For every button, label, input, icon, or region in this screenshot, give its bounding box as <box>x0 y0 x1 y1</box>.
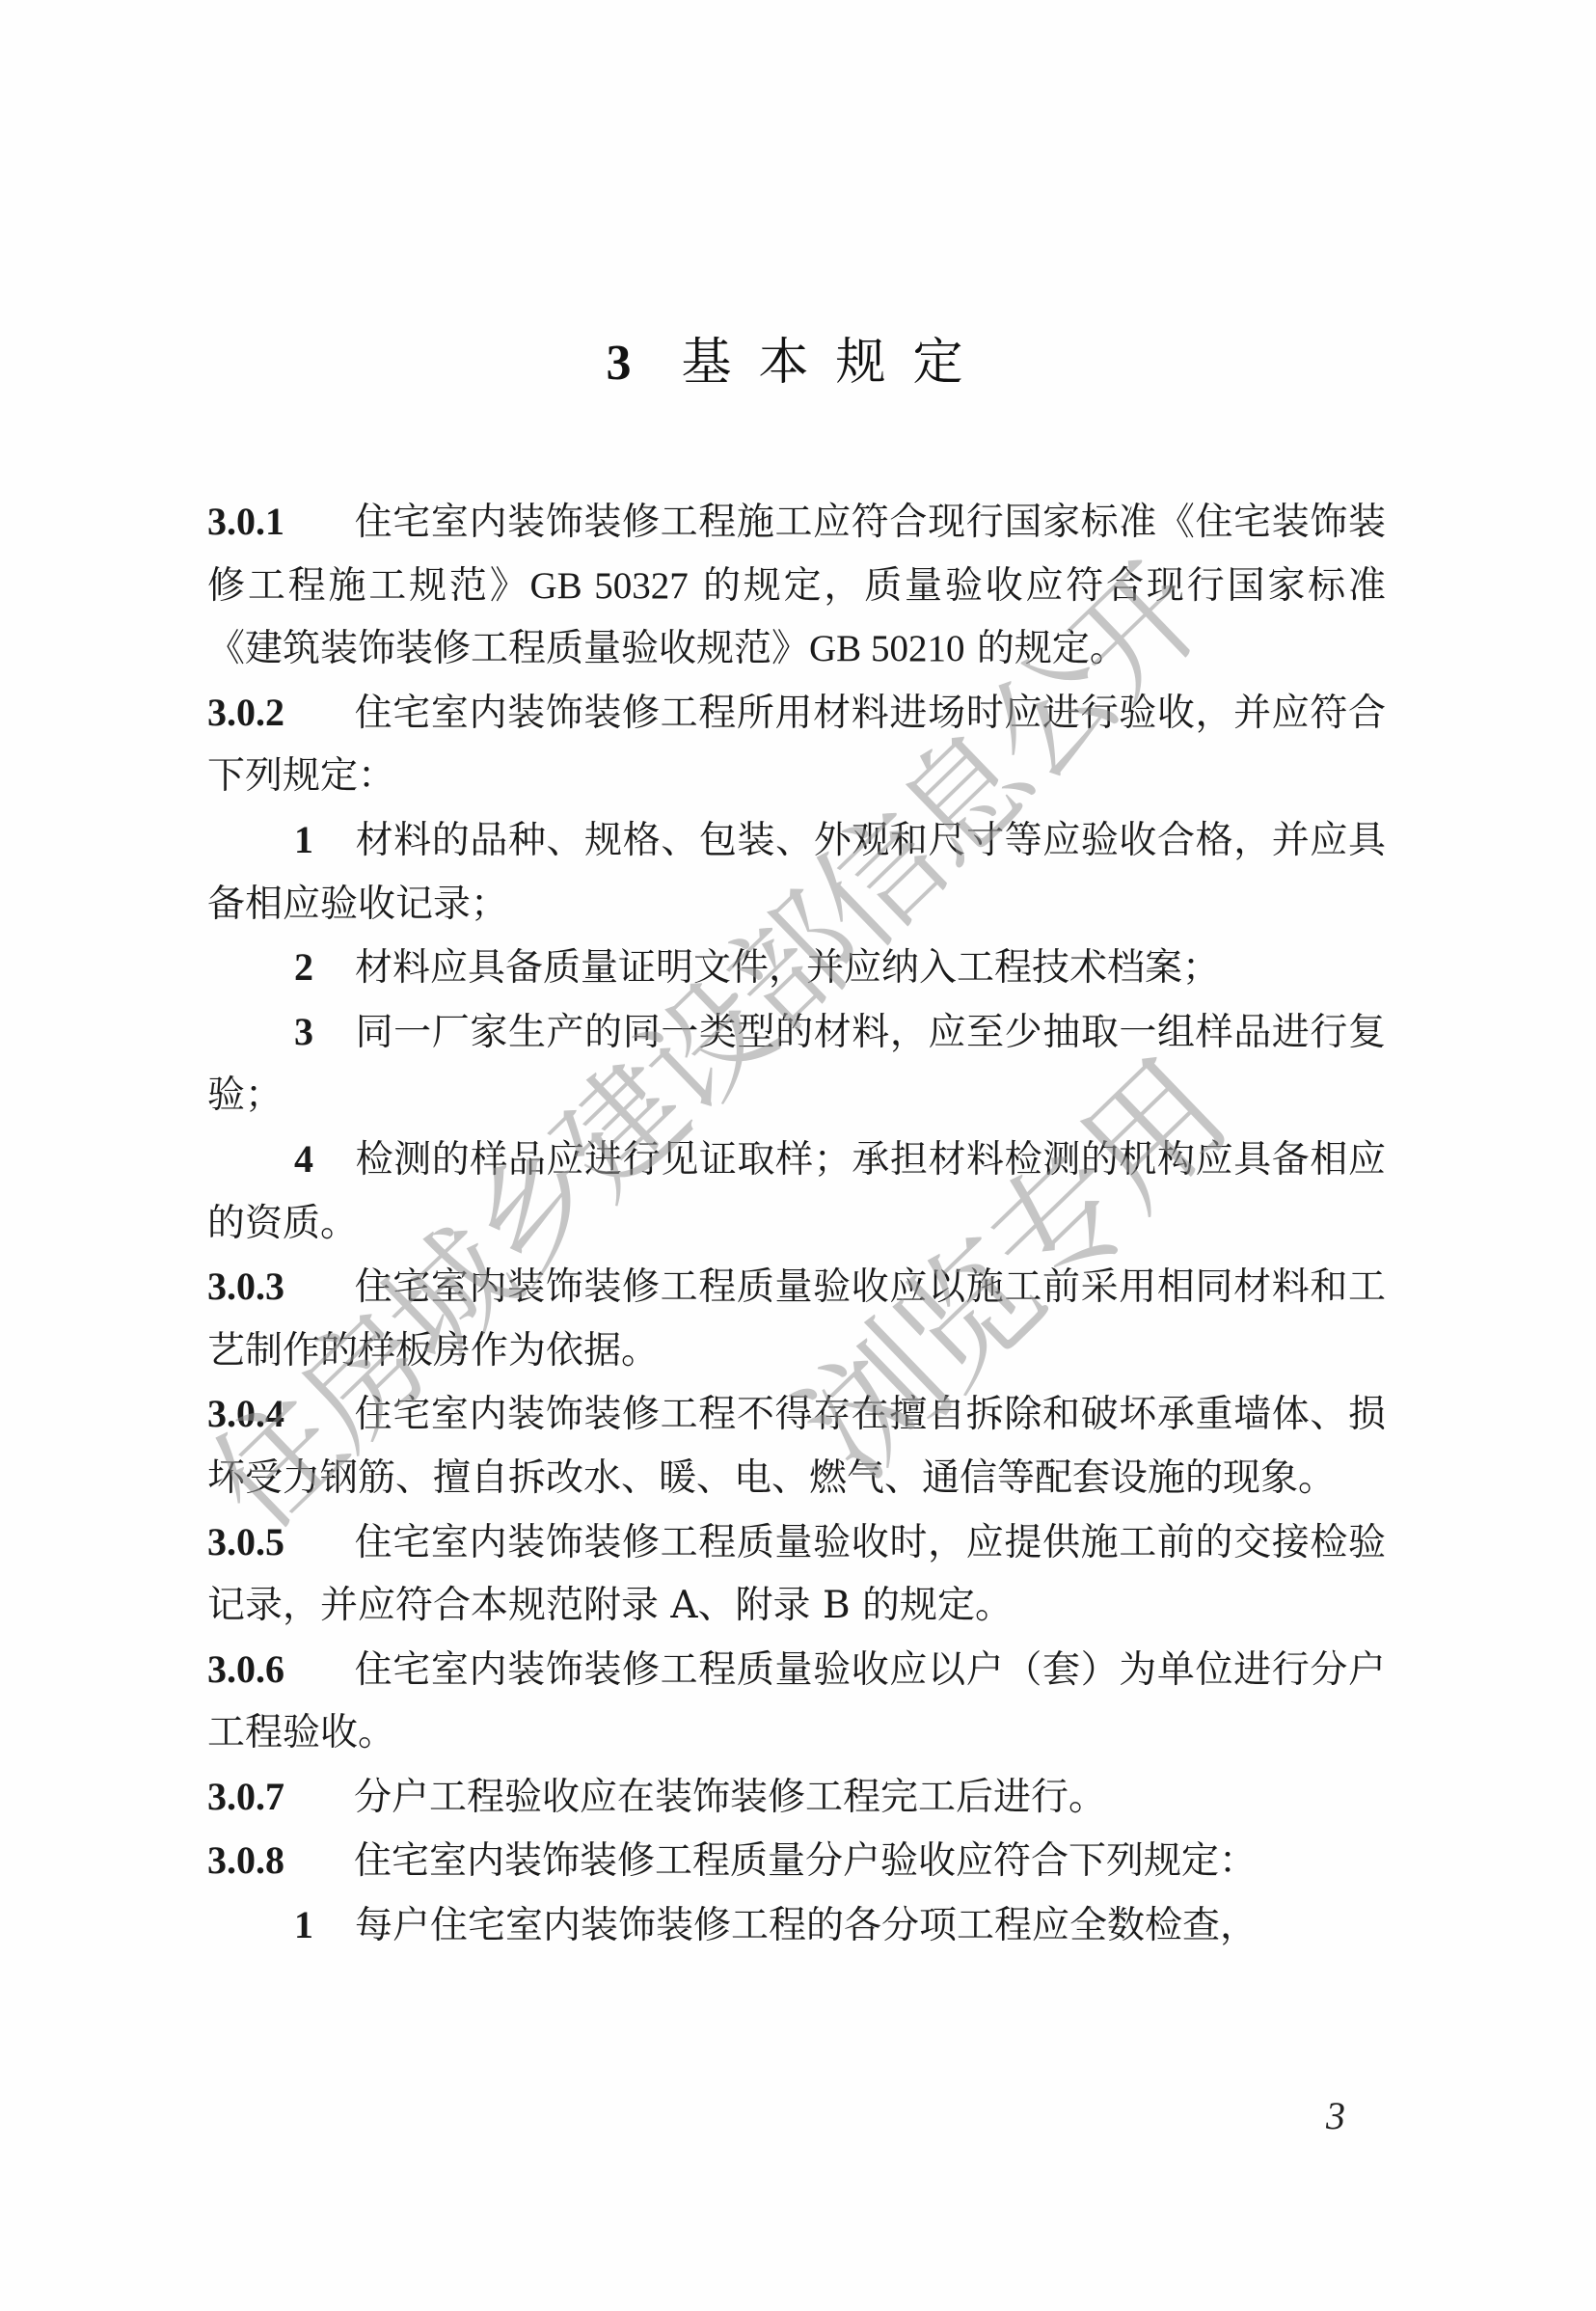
clause-number: 3.0.5 <box>207 1510 354 1574</box>
clause-number: 3.0.6 <box>207 1638 354 1701</box>
item-text: 检测的样品应进行见证取样；承担材料检测的机构应具备相应的资质。 <box>207 1138 1386 1245</box>
clause-3-0-2: 3.0.2住宅室内装饰装修工程所用材料进场时应进行验收，并应符合下列规定： <box>207 681 1386 808</box>
clause-3-0-5: 3.0.5住宅室内装饰装修工程质量验收时，应提供施工前的交接检验记录，并应符合本… <box>207 1510 1386 1638</box>
clause-text: 住宅室内装饰装修工程所用材料进场时应进行验收，并应符合下列规定： <box>207 692 1386 799</box>
clause-3-0-7: 3.0.7分户工程验收应在装饰装修工程完工后进行。 <box>207 1765 1386 1830</box>
clause-3-0-3: 3.0.3住宅室内装饰装修工程质量验收应以施工前采用相同材料和工艺制作的样板房作… <box>207 1255 1386 1382</box>
page-number: 3 <box>1326 2093 1345 2138</box>
clause-number: 3.0.1 <box>207 490 354 554</box>
item-number: 3 <box>294 1000 355 1064</box>
clause-number: 3.0.7 <box>207 1765 354 1829</box>
item-number: 4 <box>294 1128 355 1191</box>
item-text: 每户住宅室内装饰装修工程的各分项工程应全数检查， <box>355 1904 1258 1947</box>
clause-item: 1材料的品种、规格、包装、外观和尺寸等应验收合格，并应具备相应验收记录； <box>207 808 1386 936</box>
clause-3-0-6: 3.0.6住宅室内装饰装修工程质量验收应以户（套）为单位进行分户工程验收。 <box>207 1638 1386 1765</box>
clause-number: 3.0.8 <box>207 1829 354 1892</box>
standard-code: GB 50327 <box>530 565 689 607</box>
clause-item: 2材料应具备质量证明文件，并应纳入工程技术档案； <box>207 936 1386 1000</box>
item-text: 材料应具备质量证明文件，并应纳入工程技术档案； <box>355 946 1220 990</box>
chapter-number: 3 <box>606 336 631 391</box>
clause-item: 1每户住宅室内装饰装修工程的各分项工程应全数检查， <box>207 1893 1386 1958</box>
item-number: 2 <box>294 936 355 999</box>
clause-3-0-4: 3.0.4住宅室内装饰装修工程不得存在擅自拆除和破坏承重墙体、损坏受力钢筋、擅自… <box>207 1382 1386 1509</box>
clause-item: 3同一厂家生产的同一类型的材料，应至少抽取一组样品进行复验； <box>207 1000 1386 1128</box>
standard-code: GB 50210 <box>809 628 964 669</box>
clause-text: 住宅室内装饰装修工程质量验收应以户（套）为单位进行分户工程验收。 <box>207 1648 1386 1755</box>
item-text: 材料的品种、规格、包装、外观和尺寸等应验收合格，并应具备相应验收记录； <box>207 819 1386 926</box>
chapter-title-text: 基本规定 <box>681 334 989 392</box>
clause-number: 3.0.4 <box>207 1382 354 1446</box>
document-body: 3.0.1住宅室内装饰装修工程施工应符合现行国家标准《住宅装饰装修工程施工规范》… <box>207 490 1386 1958</box>
clause-3-0-8: 3.0.8住宅室内装饰装修工程质量分户验收应符合下列规定： <box>207 1829 1386 1893</box>
clause-item: 4检测的样品应进行见证取样；承担材料检测的机构应具备相应的资质。 <box>207 1128 1386 1255</box>
chapter-title: 3基本规定 <box>0 324 1596 402</box>
clause-text: 的规定。 <box>964 627 1126 670</box>
clause-text: 住宅室内装饰装修工程质量分户验收应符合下列规定： <box>354 1839 1257 1883</box>
clause-number: 3.0.2 <box>207 681 354 745</box>
document-page: 3基本规定 3.0.1住宅室内装饰装修工程施工应符合现行国家标准《住宅装饰装修工… <box>0 0 1596 2311</box>
item-text: 同一厂家生产的同一类型的材料，应至少抽取一组样品进行复验； <box>207 1011 1386 1118</box>
clause-text: 住宅室内装饰装修工程质量验收时，应提供施工前的交接检验记录，并应符合本规范附录 … <box>207 1521 1386 1628</box>
clause-text: 分户工程验收应在装饰装修工程完工后进行。 <box>354 1776 1106 1819</box>
clause-number: 3.0.3 <box>207 1255 354 1319</box>
item-number: 1 <box>294 808 355 872</box>
clause-text: 住宅室内装饰装修工程不得存在擅自拆除和破坏承重墙体、损坏受力钢筋、擅自拆改水、暖… <box>207 1393 1386 1500</box>
item-number: 1 <box>294 1893 355 1957</box>
clause-text: 住宅室内装饰装修工程质量验收应以施工前采用相同材料和工艺制作的样板房作为依据。 <box>207 1265 1386 1373</box>
clause-3-0-1: 3.0.1住宅室内装饰装修工程施工应符合现行国家标准《住宅装饰装修工程施工规范》… <box>207 490 1386 681</box>
